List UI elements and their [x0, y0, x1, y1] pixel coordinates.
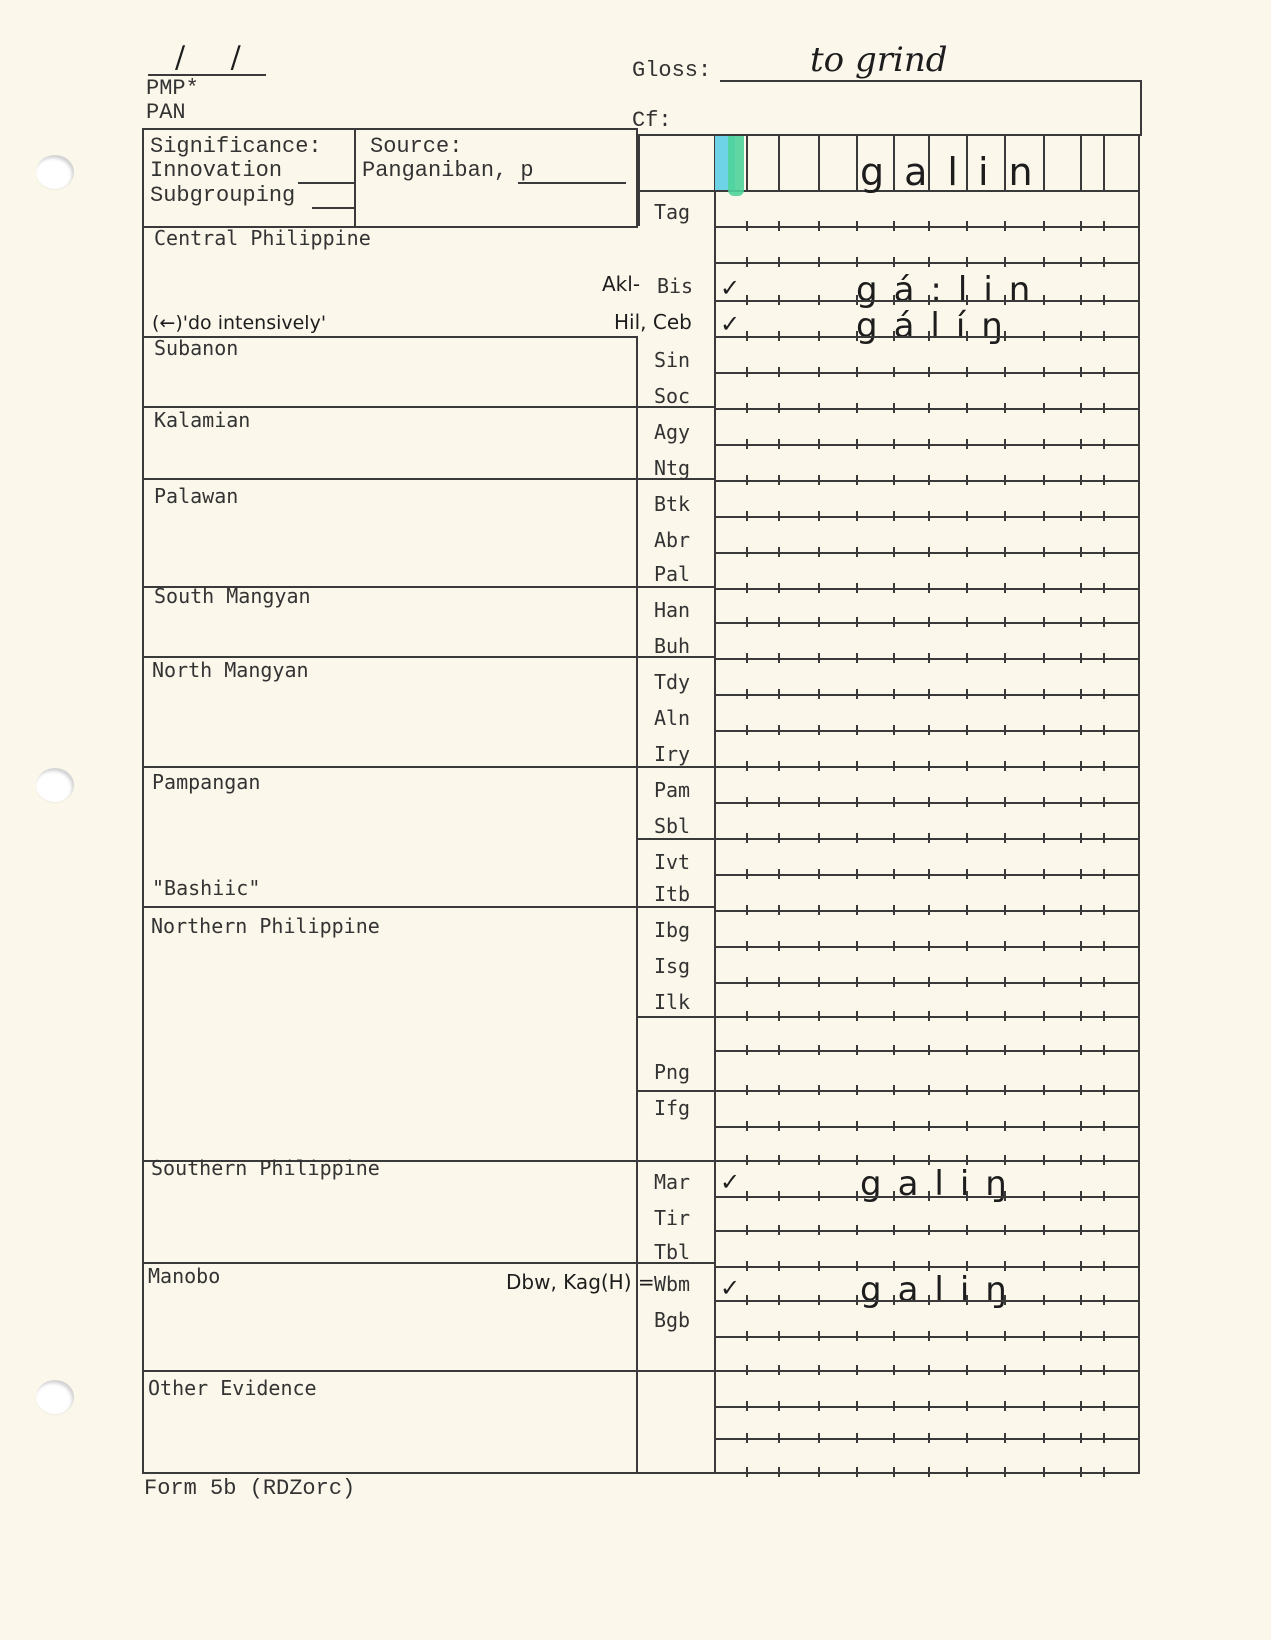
ruled-tick	[1043, 689, 1045, 699]
ruled-tick	[1004, 1155, 1006, 1165]
ruled-tick	[1004, 547, 1006, 557]
ruled-tick	[856, 1225, 858, 1235]
ruled-tick	[1103, 583, 1105, 593]
ruled-tick	[1004, 1045, 1006, 1055]
code-div	[636, 1160, 716, 1162]
ruled-tick	[856, 295, 858, 305]
ruled-tick	[966, 1261, 968, 1271]
ruled-tick	[818, 511, 820, 521]
ruled-tick	[818, 833, 820, 843]
ruled-tick	[1080, 797, 1082, 807]
ruled-tick	[893, 331, 895, 341]
ruled-tick	[778, 331, 780, 341]
ruled-tick	[1103, 367, 1105, 377]
ruled-tick	[1004, 1011, 1006, 1021]
ruled-tick	[1080, 1085, 1082, 1095]
ruled-tick	[1080, 941, 1082, 951]
group-central-philippine: Central Philippine	[154, 226, 371, 250]
ruled-tick	[1043, 869, 1045, 879]
ruled-tick	[778, 1433, 780, 1443]
ruled-tick	[856, 1011, 858, 1021]
ruled-tick	[1043, 511, 1045, 521]
ruled-tick	[818, 583, 820, 593]
code-isg: Isg	[636, 954, 708, 978]
ruled-tick	[1043, 1085, 1045, 1095]
ruled-tick	[1043, 1295, 1045, 1305]
ruled-tick	[1043, 403, 1045, 413]
ruled-tick	[818, 439, 820, 449]
check-mar[interactable]: ✓	[720, 1168, 740, 1196]
ruled-tick	[746, 1331, 748, 1341]
ruled-tick	[1103, 475, 1105, 485]
ruled-tick	[856, 1365, 858, 1375]
ruled-tick	[818, 905, 820, 915]
ruled-tick	[856, 1121, 858, 1131]
akl-label: Akl-	[602, 272, 640, 296]
ruled-tick	[778, 1295, 780, 1305]
ruled-tick	[1043, 257, 1045, 267]
ruled-tick	[1080, 1011, 1082, 1021]
ruled-tick	[893, 1295, 895, 1305]
ruled-tick	[818, 1155, 820, 1165]
code-agy: Agy	[636, 420, 708, 444]
ruled-tick	[966, 1011, 968, 1021]
group-south-mangyan: South Mangyan	[154, 584, 311, 608]
ruled-tick	[746, 367, 748, 377]
divider-palawan	[142, 478, 638, 480]
divider-other-evidence	[142, 1370, 716, 1372]
ruled-tick	[746, 1225, 748, 1235]
ruled-tick	[893, 221, 895, 231]
ruled-tick	[928, 1261, 930, 1271]
header-grid-top	[638, 134, 1140, 136]
ruled-tick	[778, 797, 780, 807]
ruled-tick	[778, 833, 780, 843]
code-png: Png	[636, 1060, 708, 1084]
ruled-tick	[1103, 977, 1105, 987]
proto-slashes: / /	[175, 40, 259, 75]
ruled-tick	[818, 547, 820, 557]
ruled-tick	[778, 977, 780, 987]
check-akl-bis[interactable]: ✓	[720, 274, 740, 302]
check-hil-ceb[interactable]: ✓	[720, 310, 740, 338]
ruled-tick	[778, 617, 780, 627]
ruled-tick	[893, 1365, 895, 1375]
ruled-tick	[966, 475, 968, 485]
ruled-tick	[1080, 1045, 1082, 1055]
ruled-tick	[818, 257, 820, 267]
ruled-tick	[893, 653, 895, 663]
ruled-tick	[893, 1045, 895, 1055]
code-tbl: Tbl	[636, 1240, 708, 1264]
ruled-tick	[928, 869, 930, 879]
ruled-tick	[746, 689, 748, 699]
ruled-tick	[928, 295, 930, 305]
gloss-label: Gloss:	[632, 58, 711, 83]
ruled-tick	[746, 1433, 748, 1443]
ruled-tick	[856, 905, 858, 915]
header-cell-divider	[1080, 134, 1082, 190]
ruled-tick	[1080, 1225, 1082, 1235]
ruled-tick	[893, 1121, 895, 1131]
ruled-tick	[778, 1121, 780, 1131]
ruled-tick	[1103, 617, 1105, 627]
ruled-tick	[928, 1191, 930, 1201]
ruled-tick	[928, 367, 930, 377]
ruled-tick	[818, 761, 820, 771]
code-bgb: Bgb	[636, 1308, 708, 1332]
ruled-tick	[966, 1331, 968, 1341]
ruled-tick	[1043, 1011, 1045, 1021]
ruled-tick	[928, 833, 930, 843]
ruled-tick	[1103, 439, 1105, 449]
source-page-blank[interactable]	[518, 182, 626, 184]
ruled-tick	[893, 1261, 895, 1271]
ruled-tick	[966, 905, 968, 915]
ruled-tick	[1080, 689, 1082, 699]
ruled-tick	[1043, 583, 1045, 593]
ruled-tick	[893, 367, 895, 377]
ruled-tick	[1080, 1401, 1082, 1411]
ruled-tick	[778, 1045, 780, 1055]
ruled-tick	[818, 221, 820, 231]
ruled-tick	[856, 1085, 858, 1095]
ruled-tick	[1080, 221, 1082, 231]
ruled-tick	[1004, 869, 1006, 879]
ruled-tick	[1004, 761, 1006, 771]
sig-box-top	[142, 128, 638, 130]
ruled-tick	[1103, 547, 1105, 557]
ruled-tick	[818, 1261, 820, 1271]
ruled-tick	[856, 1401, 858, 1411]
group-northern-philippine: Northern Philippine	[151, 914, 380, 938]
ruled-tick	[1043, 475, 1045, 485]
ruled-tick	[1043, 653, 1045, 663]
ruled-tick	[1004, 941, 1006, 951]
ruled-tick	[778, 1365, 780, 1375]
ruled-tick	[893, 547, 895, 557]
source-value: Panganiban, p	[362, 158, 534, 183]
ruled-tick	[746, 905, 748, 915]
ruled-tick	[818, 1191, 820, 1201]
ruled-tick	[928, 653, 930, 663]
ruled-tick	[893, 1225, 895, 1235]
ruled-tick	[966, 367, 968, 377]
ruled-tick	[746, 511, 748, 521]
ruled-tick	[966, 257, 968, 267]
ruled-tick	[856, 869, 858, 879]
ruled-tick	[966, 869, 968, 879]
ruled-tick	[1080, 1155, 1082, 1165]
ruled-tick	[1043, 1365, 1045, 1375]
ruled-tick	[928, 1467, 930, 1477]
header-cell-divider	[1103, 134, 1105, 190]
ruled-tick	[778, 725, 780, 735]
form-wbm: galiŋ	[860, 1270, 1023, 1310]
ruled-tick	[778, 403, 780, 413]
ruled-tick	[1043, 221, 1045, 231]
ruled-tick	[818, 1401, 820, 1411]
ruled-tick	[1043, 977, 1045, 987]
ruled-tick	[1103, 761, 1105, 771]
ruled-tick	[1080, 1433, 1082, 1443]
ruled-tick	[1103, 1225, 1105, 1235]
ruled-tick	[928, 797, 930, 807]
ruled-tick	[746, 403, 748, 413]
ruled-tick	[1080, 905, 1082, 915]
ruled-tick	[1004, 1433, 1006, 1443]
ruled-tick	[1043, 1045, 1045, 1055]
ruled-tick	[746, 1045, 748, 1055]
ruled-tick	[818, 617, 820, 627]
ruled-tick	[778, 1401, 780, 1411]
ruled-tick	[1004, 295, 1006, 305]
ruled-tick	[1043, 617, 1045, 627]
ruled-tick	[778, 367, 780, 377]
ruled-tick	[1004, 1191, 1006, 1201]
ruled-tick	[856, 475, 858, 485]
ruled-tick	[893, 403, 895, 413]
ruled-tick	[778, 1331, 780, 1341]
ruled-tick	[818, 1085, 820, 1095]
ruled-tick	[818, 1121, 820, 1131]
ruled-tick	[818, 1331, 820, 1341]
ruled-tick	[1043, 725, 1045, 735]
ruled-tick	[1004, 221, 1006, 231]
ruled-tick	[928, 1045, 930, 1055]
ruled-tick	[966, 797, 968, 807]
code-ivt: Ivt	[636, 850, 708, 874]
ruled-tick	[893, 689, 895, 699]
ruled-tick	[966, 1045, 968, 1055]
reconstruction-form: galin	[860, 150, 1053, 194]
header-cell-divider	[966, 134, 968, 190]
ruled-tick	[1080, 977, 1082, 987]
ruled-tick	[746, 1295, 748, 1305]
ruled-tick	[1004, 653, 1006, 663]
ruled-tick	[1043, 367, 1045, 377]
ruled-tick	[818, 977, 820, 987]
ruled-tick	[1103, 1331, 1105, 1341]
ruled-tick	[746, 1261, 748, 1271]
check-wbm[interactable]: ✓	[720, 1274, 740, 1302]
ruled-tick	[966, 221, 968, 231]
ruled-tick	[966, 1121, 968, 1131]
ruled-tick	[1103, 869, 1105, 879]
ruled-tick	[1080, 1331, 1082, 1341]
ruled-tick	[856, 547, 858, 557]
ruled-tick	[856, 941, 858, 951]
ruled-tick	[1103, 725, 1105, 735]
innovation-label: Innovation	[150, 158, 282, 183]
ruled-tick	[1103, 331, 1105, 341]
code-buh: Buh	[636, 634, 708, 658]
ruled-tick	[1103, 511, 1105, 521]
ruled-tick	[778, 869, 780, 879]
ruled-tick	[856, 511, 858, 521]
proto-label-pan: PAN	[146, 100, 186, 125]
ruled-tick	[1080, 331, 1082, 341]
group-manobo: Manobo	[148, 1264, 220, 1288]
ruled-tick	[1103, 1467, 1105, 1477]
ruled-tick	[928, 941, 930, 951]
ruled-tick	[1004, 617, 1006, 627]
ruled-tick	[746, 221, 748, 231]
divider-northern-phil	[142, 906, 638, 908]
ruled-tick	[928, 725, 930, 735]
ruled-tick	[818, 797, 820, 807]
code-ibg: Ibg	[636, 918, 708, 942]
ruled-tick	[1004, 403, 1006, 413]
ruled-tick	[746, 583, 748, 593]
ruled-tick	[928, 511, 930, 521]
ruled-tick	[1043, 1191, 1045, 1201]
ruled-tick	[1004, 367, 1006, 377]
ruled-tick	[966, 1295, 968, 1305]
ruled-tick	[928, 1433, 930, 1443]
ruled-tick	[966, 1085, 968, 1095]
ruled-tick	[893, 617, 895, 627]
ruled-tick	[818, 941, 820, 951]
ruled-tick	[1080, 295, 1082, 305]
proto-label-pmp: PMP*	[146, 76, 199, 101]
ruled-tick	[856, 403, 858, 413]
header-cell-divider	[1043, 134, 1045, 190]
ruled-tick	[778, 761, 780, 771]
code-aln: Aln	[636, 706, 708, 730]
ruled-tick	[893, 475, 895, 485]
ruled-tick	[746, 1467, 748, 1477]
ruled-tick	[746, 653, 748, 663]
ruled-tick	[966, 511, 968, 521]
ruled-tick	[1080, 547, 1082, 557]
code-div	[636, 766, 716, 768]
ruled-tick	[893, 977, 895, 987]
ruled-tick	[746, 1401, 748, 1411]
group-kalamian: Kalamian	[154, 408, 250, 432]
ruled-tick	[1043, 1121, 1045, 1131]
code-ntg: Ntg	[636, 456, 708, 480]
ruled-tick	[966, 941, 968, 951]
ruled-tick	[966, 833, 968, 843]
ruled-tick	[856, 1467, 858, 1477]
ruled-tick	[966, 761, 968, 771]
ruled-tick	[1103, 1401, 1105, 1411]
subgrouping-label: Subgrouping	[150, 183, 295, 208]
sig-box-divider	[354, 128, 356, 226]
ruled-tick	[1080, 1121, 1082, 1131]
ruled-tick	[778, 689, 780, 699]
code-div	[636, 906, 716, 908]
ruled-tick	[856, 257, 858, 267]
ruled-tick	[856, 1191, 858, 1201]
innovation-blank[interactable]	[298, 182, 354, 184]
ruled-tick	[1103, 833, 1105, 843]
ruled-tick	[1004, 905, 1006, 915]
ruled-tick	[1103, 295, 1105, 305]
ruled-tick	[856, 833, 858, 843]
ruled-tick	[1043, 905, 1045, 915]
ruled-tick	[966, 1225, 968, 1235]
code-bis: Bis	[650, 274, 700, 298]
ruled-tick	[818, 295, 820, 305]
ruled-tick	[746, 617, 748, 627]
ruled-tick	[1080, 1295, 1082, 1305]
ruled-tick	[1004, 977, 1006, 987]
ruled-tick	[928, 1225, 930, 1235]
ruled-tick	[1103, 653, 1105, 663]
ruled-tick	[1004, 1401, 1006, 1411]
ruled-tick	[1103, 257, 1105, 267]
ruled-tick	[1080, 511, 1082, 521]
ruled-tick	[928, 257, 930, 267]
code-pal: Pal	[636, 562, 708, 586]
subgrouping-blank[interactable]	[312, 207, 354, 209]
ruled-tick	[893, 869, 895, 879]
ruled-tick	[1080, 761, 1082, 771]
ruled-tick	[1004, 331, 1006, 341]
ruled-tick	[966, 331, 968, 341]
ruled-tick	[893, 257, 895, 267]
ruled-tick	[893, 1191, 895, 1201]
ruled-tick	[893, 511, 895, 521]
ruled-tick	[1080, 367, 1082, 377]
ruled-tick	[818, 1433, 820, 1443]
ruled-tick	[746, 257, 748, 267]
ruled-tick	[928, 1401, 930, 1411]
ruled-tick	[928, 617, 930, 627]
punch-hole	[36, 768, 74, 802]
ruled-tick	[1103, 1191, 1105, 1201]
ruled-tick	[818, 689, 820, 699]
ruled-tick	[928, 331, 930, 341]
code-abr: Abr	[636, 528, 708, 552]
gloss-box-border	[1140, 80, 1142, 136]
ruled-tick	[1103, 1085, 1105, 1095]
ruled-tick	[893, 941, 895, 951]
ruled-tick	[746, 977, 748, 987]
header-cell-divider	[818, 134, 820, 190]
ruled-tick	[778, 1225, 780, 1235]
ruled-tick	[893, 583, 895, 593]
ruled-tick	[1080, 583, 1082, 593]
ruled-tick	[1103, 1261, 1105, 1271]
ruled-tick	[928, 1365, 930, 1375]
ruled-tick	[966, 1433, 968, 1443]
ruled-tick	[856, 977, 858, 987]
ruled-tick	[856, 1045, 858, 1055]
ruled-tick	[778, 1011, 780, 1021]
ruled-tick	[856, 797, 858, 807]
ruled-tick	[966, 1401, 968, 1411]
grid-right-border	[1138, 134, 1140, 1474]
ruled-tick	[1080, 1191, 1082, 1201]
ruled-tick	[1080, 653, 1082, 663]
group-pampangan: Pampangan	[152, 770, 260, 794]
ruled-tick	[1080, 1467, 1082, 1477]
ruled-tick	[856, 1261, 858, 1271]
ruled-tick	[966, 689, 968, 699]
ruled-tick	[966, 439, 968, 449]
ruled-tick	[893, 725, 895, 735]
ruled-tick	[1004, 833, 1006, 843]
ruled-tick	[1080, 833, 1082, 843]
gloss-value[interactable]: to grind	[810, 40, 948, 80]
ruled-tick	[818, 1225, 820, 1235]
gloss-line	[720, 80, 1140, 82]
ruled-tick	[928, 583, 930, 593]
ruled-tick	[778, 653, 780, 663]
